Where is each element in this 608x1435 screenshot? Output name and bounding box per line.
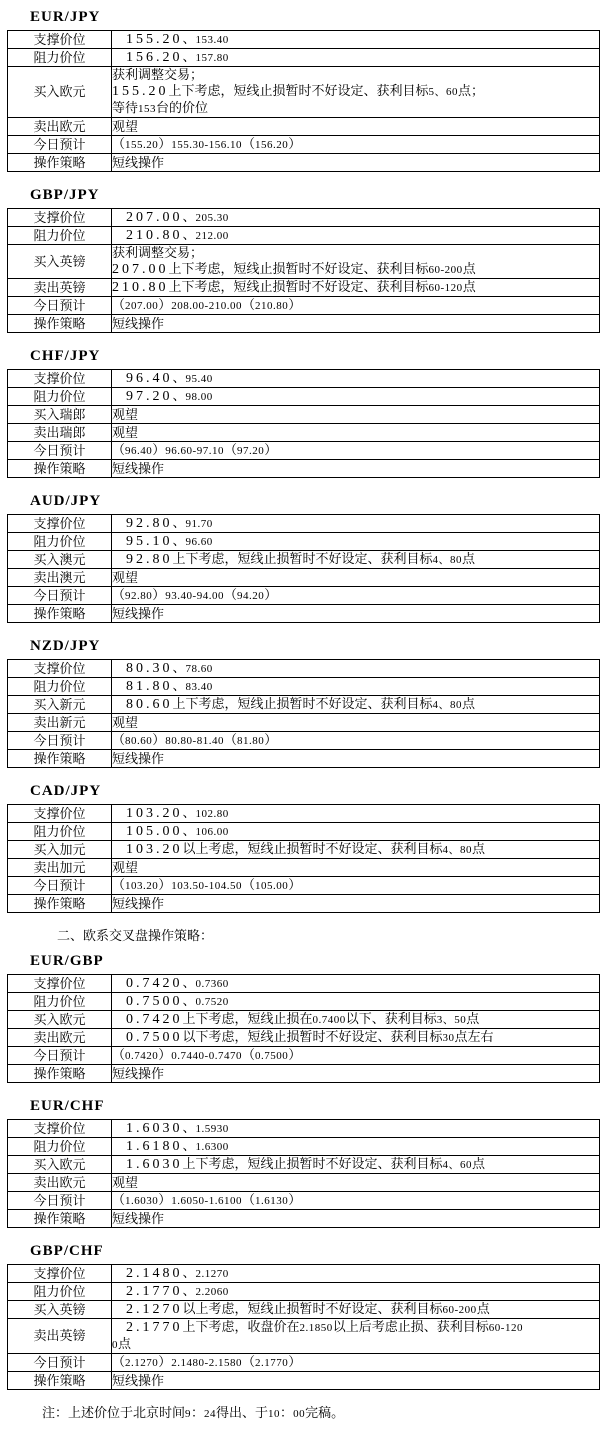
row-value: 0.7500、0.7520 [112, 993, 600, 1011]
small-number: 60-120 [429, 282, 463, 294]
table-row: 卖出加元观望 [8, 859, 600, 877]
value-line: 短线操作 [112, 1373, 599, 1389]
text-run: 台的价位 [156, 100, 208, 115]
table-row: 卖出欧元观望 [8, 118, 600, 136]
small-number: 30 [443, 1032, 455, 1044]
row-label: 买入欧元 [8, 1156, 112, 1174]
row-value: 观望 [112, 406, 600, 424]
row-label: 操作策略 [8, 750, 112, 768]
value-line: 观望 [112, 570, 599, 586]
value-line: 短线操作 [112, 896, 599, 912]
row-label: 买入澳元 [8, 551, 112, 569]
small-number: 96.60-97.10 [165, 445, 224, 457]
table-row: 买入欧元0.7420上下考虑，短线止损在0.7400以下、获利目标3、50点 [8, 1011, 600, 1029]
large-number: 95.10 [126, 534, 173, 549]
row-value: 210.80上下考虑，短线止损暂时不好设定、获利目标60-120点 [112, 279, 600, 297]
small-number: 208.00-210.00 [171, 300, 242, 312]
value-line: 获利调整交易； [112, 245, 599, 261]
row-value: 观望 [112, 424, 600, 442]
text-run: （ [112, 732, 125, 747]
text-run: 短线操作 [112, 1066, 164, 1081]
small-number: 0.7360 [196, 978, 229, 990]
small-number: 00 [293, 1408, 305, 1420]
table-row: 今日预计（2.1270）2.1480-2.1580（2.1770） [8, 1354, 600, 1372]
value-line: 210.80、212.00 [112, 227, 599, 244]
small-number: 105.00 [255, 880, 288, 892]
row-label: 操作策略 [8, 154, 112, 172]
row-value: （2.1270）2.1480-2.1580（2.1770） [112, 1354, 600, 1372]
value-line: 1.6180、1.6300 [112, 1138, 599, 1155]
text-run: 点 [463, 279, 476, 294]
row-label: 今日预计 [8, 1047, 112, 1065]
text-run: 获利调整交易； [112, 67, 203, 82]
text-run: 点； [458, 83, 484, 98]
rate-table-cad-jpy: 支撑价位103.20、102.80阻力价位105.00、106.00买入加元10… [7, 804, 600, 913]
small-number: 81.80 [237, 735, 264, 747]
value-line: 80.60上下考虑，短线止损暂时不好设定、获利目标4、80点 [112, 696, 599, 713]
row-label: 卖出加元 [8, 859, 112, 877]
small-number: 1.6050-1.6100 [171, 1195, 242, 1207]
table-row: 今日预计（103.20）103.50-104.50（105.00） [8, 877, 600, 895]
value-line: 0.7500以下考虑，短线止损暂时不好设定、获利目标30点左右 [112, 1029, 599, 1046]
text-run: （ [242, 297, 255, 312]
rate-table-nzd-jpy: 支撑价位80.30、78.60阻力价位81.80、83.40买入新元80.60上… [7, 659, 600, 768]
row-value: 2.1480、2.1270 [112, 1265, 600, 1283]
value-line: 2.1770、2.2060 [112, 1283, 599, 1300]
small-number: 103.20 [125, 880, 158, 892]
large-number: 103.20 [126, 842, 183, 857]
table-row: 今日预计（207.00）208.00-210.00（210.80） [8, 297, 600, 315]
text-run: 、 [183, 49, 196, 64]
value-line: 1.6030、1.5930 [112, 1120, 599, 1137]
table-row: 支撑价位92.80、91.70 [8, 515, 600, 533]
table-row: 卖出澳元观望 [8, 569, 600, 587]
text-run: 、 [183, 1265, 196, 1280]
table-row: 支撑价位155.20、153.40 [8, 31, 600, 49]
value-line: 81.80、83.40 [112, 678, 599, 695]
text-run: 、 [183, 1120, 196, 1135]
small-number: 60-120 [489, 1322, 523, 1334]
row-value: （80.60）80.80-81.40（81.80） [112, 732, 600, 750]
pair-block-eur-gbp: EUR/GBP支撑价位0.7420、0.7360阻力价位0.7500、0.752… [0, 954, 608, 1083]
text-run: 点 [466, 1011, 479, 1026]
row-value: 短线操作 [112, 315, 600, 333]
row-value: （207.00）208.00-210.00（210.80） [112, 297, 600, 315]
text-run: ： [191, 1405, 204, 1420]
rate-table-eur-jpy: 支撑价位155.20、153.40阻力价位156.20、157.80买入欧元获利… [7, 30, 600, 172]
row-label: 阻力价位 [8, 1138, 112, 1156]
text-run: 观望 [112, 1175, 138, 1190]
row-label: 卖出欧元 [8, 1174, 112, 1192]
value-line: 观望 [112, 860, 599, 876]
text-run: 观望 [112, 715, 138, 730]
text-run: ） [158, 1047, 171, 1062]
jpy-pairs-section: EUR/JPY支撑价位155.20、153.40阻力价位156.20、157.8… [0, 10, 608, 913]
row-value: 短线操作 [112, 1210, 600, 1228]
row-label: 阻力价位 [8, 678, 112, 696]
text-run: 、 [183, 975, 196, 990]
table-row: 卖出欧元观望 [8, 1174, 600, 1192]
table-row: 阻力价位81.80、83.40 [8, 678, 600, 696]
table-row: 阻力价位105.00、106.00 [8, 823, 600, 841]
text-run: ： [280, 1405, 293, 1420]
table-row: 支撑价位103.20、102.80 [8, 805, 600, 823]
row-value: 1.6180、1.6300 [112, 1138, 600, 1156]
row-label: 阻力价位 [8, 49, 112, 67]
table-row: 支撑价位80.30、78.60 [8, 660, 600, 678]
value-line: （80.60）80.80-81.40（81.80） [112, 732, 599, 749]
small-number: 93.40-94.00 [165, 590, 224, 602]
small-number: 92.80 [125, 590, 152, 602]
text-run: 、 [173, 533, 186, 548]
value-line: 2.1770上下考虑，收盘价在2.1850以上后考虑止损、获利目标60-120 [112, 1319, 599, 1336]
row-value: 210.80、212.00 [112, 227, 600, 245]
text-run: （ [112, 1192, 125, 1207]
text-run: 观望 [112, 425, 138, 440]
small-number: 1.5930 [196, 1123, 229, 1135]
pair-block-eur-jpy: EUR/JPY支撑价位155.20、153.40阻力价位156.20、157.8… [0, 10, 608, 172]
row-value: 92.80、91.70 [112, 515, 600, 533]
row-label: 今日预计 [8, 297, 112, 315]
small-number: 4、80 [433, 699, 463, 711]
footnote: 注：上述价位于北京时间9：24得出、于10：00完稿。 [42, 1404, 608, 1423]
table-row: 买入英镑2.1270以上考虑，短线止损暂时不好设定、获利目标60-200点 [8, 1301, 600, 1319]
text-run: ） [158, 877, 171, 892]
small-number: 207.00 [125, 300, 158, 312]
value-line: 96.40、95.40 [112, 370, 599, 387]
text-run: 、 [183, 209, 196, 224]
text-run: 短线操作 [112, 316, 164, 331]
text-run: （ [224, 587, 237, 602]
pair-block-cad-jpy: CAD/JPY支撑价位103.20、102.80阻力价位105.00、106.0… [0, 784, 608, 913]
small-number: 0.7500 [255, 1050, 288, 1062]
row-label: 操作策略 [8, 1372, 112, 1390]
large-number: 2.1270 [126, 1302, 183, 1317]
text-run: 短线操作 [112, 1373, 164, 1388]
pair-block-gbp-chf: GBP/CHF支撑价位2.1480、2.1270阻力价位2.1770、2.206… [0, 1244, 608, 1390]
pair-title: CHF/JPY [30, 349, 608, 364]
small-number: 78.60 [186, 663, 213, 675]
table-row: 今日预计（80.60）80.80-81.40（81.80） [8, 732, 600, 750]
small-number: 24 [204, 1408, 216, 1420]
large-number: 105.00 [126, 824, 183, 839]
row-value: 短线操作 [112, 1372, 600, 1390]
value-line: 103.20、102.80 [112, 805, 599, 822]
table-row: 买入瑞郎观望 [8, 406, 600, 424]
row-label: 操作策略 [8, 1065, 112, 1083]
row-label: 支撑价位 [8, 515, 112, 533]
text-run: 点 [472, 841, 485, 856]
small-number: 153.40 [196, 34, 229, 46]
row-label: 阻力价位 [8, 1283, 112, 1301]
text-run: 上下考虑，短线止损在 [183, 1011, 313, 1026]
small-number: 212.00 [196, 230, 229, 242]
section-header: 二、欧系交叉盘操作策略： [57, 925, 608, 944]
pair-title: EUR/JPY [30, 10, 608, 25]
row-label: 支撑价位 [8, 805, 112, 823]
row-label: 阻力价位 [8, 227, 112, 245]
value-line: （2.1270）2.1480-2.1580（2.1770） [112, 1354, 599, 1371]
row-label: 今日预计 [8, 442, 112, 460]
small-number: 205.30 [196, 212, 229, 224]
pair-title: AUD/JPY [30, 494, 608, 509]
text-run: （ [112, 442, 125, 457]
row-value: （155.20）155.30-156.10（156.20） [112, 136, 600, 154]
text-run: 得出、于 [216, 1405, 268, 1420]
text-run: 、 [173, 515, 186, 530]
text-run: （ [112, 1047, 125, 1062]
small-number: 60-200 [429, 264, 463, 276]
small-number: 3、50 [437, 1014, 467, 1026]
row-label: 操作策略 [8, 1210, 112, 1228]
text-run: 等待 [112, 100, 138, 115]
large-number: 2.1770 [126, 1320, 183, 1335]
row-value: 获利调整交易；155.20上下考虑，短线止损暂时不好设定、获利目标5、60点；等… [112, 67, 600, 118]
pair-title: EUR/CHF [30, 1099, 608, 1114]
text-run: 以上考虑，短线止损暂时不好设定、获利目标 [183, 1301, 443, 1316]
row-label: 今日预计 [8, 732, 112, 750]
table-row: 卖出英镑210.80上下考虑，短线止损暂时不好设定、获利目标60-120点 [8, 279, 600, 297]
text-run: ） [152, 442, 165, 457]
value-line: 0.7420上下考虑，短线止损在0.7400以下、获利目标3、50点 [112, 1011, 599, 1028]
text-run: 上下考虑，短线止损暂时不好设定、获利目标 [169, 261, 429, 276]
small-number: 10 [268, 1408, 280, 1420]
small-number: 155.20 [125, 139, 158, 151]
text-run: 、 [183, 805, 196, 820]
row-label: 买入欧元 [8, 1011, 112, 1029]
row-value: 97.20、98.00 [112, 388, 600, 406]
text-run: 、 [183, 993, 196, 1008]
value-line: 92.80、91.70 [112, 515, 599, 532]
large-number: 1.6180 [126, 1139, 183, 1154]
row-label: 卖出欧元 [8, 118, 112, 136]
text-run: 短线操作 [112, 896, 164, 911]
table-row: 买入加元103.20以上考虑，短线止损暂时不好设定、获利目标4、80点 [8, 841, 600, 859]
value-line: 短线操作 [112, 1066, 599, 1082]
value-line: （1.6030）1.6050-1.6100（1.6130） [112, 1192, 599, 1209]
text-run: 短线操作 [112, 461, 164, 476]
text-run: 以上考虑，短线止损暂时不好设定、获利目标 [183, 841, 443, 856]
small-number: 155.30-156.10 [171, 139, 242, 151]
large-number: 0.7500 [126, 994, 183, 1009]
small-number: 153 [138, 103, 156, 115]
pair-title: EUR/GBP [30, 954, 608, 969]
value-line: 80.30、78.60 [112, 660, 599, 677]
text-run: ） [158, 136, 171, 151]
small-number: 0.7440-0.7470 [171, 1050, 242, 1062]
text-run: 观望 [112, 860, 138, 875]
table-row: 支撑价位207.00、205.30 [8, 209, 600, 227]
row-label: 阻力价位 [8, 823, 112, 841]
row-value: 103.20、102.80 [112, 805, 600, 823]
value-line: 155.20上下考虑，短线止损暂时不好设定、获利目标5、60点； [112, 83, 599, 100]
row-value: 2.1270以上考虑，短线止损暂时不好设定、获利目标60-200点 [112, 1301, 600, 1319]
pair-block-gbp-jpy: GBP/JPY支撑价位207.00、205.30阻力价位210.80、212.0… [0, 188, 608, 333]
row-label: 卖出澳元 [8, 569, 112, 587]
row-value: 短线操作 [112, 154, 600, 172]
text-run: 上下考虑，短线止损暂时不好设定、获利目标 [169, 279, 429, 294]
row-value: 1.6030、1.5930 [112, 1120, 600, 1138]
text-run: 以下考虑，短线止损暂时不好设定、获利目标 [183, 1029, 443, 1044]
table-row: 阻力价位1.6180、1.6300 [8, 1138, 600, 1156]
row-label: 阻力价位 [8, 993, 112, 1011]
text-run: 观望 [112, 119, 138, 134]
text-run: 、 [173, 388, 186, 403]
row-label: 支撑价位 [8, 660, 112, 678]
table-row: 操作策略短线操作 [8, 1210, 600, 1228]
row-label: 卖出英镑 [8, 1319, 112, 1354]
table-row: 买入澳元92.80上下考虑，短线止损暂时不好设定、获利目标4、80点 [8, 551, 600, 569]
value-line: （103.20）103.50-104.50（105.00） [112, 877, 599, 894]
large-number: 210.80 [126, 228, 183, 243]
value-line: 短线操作 [112, 155, 599, 171]
document: EUR/JPY支撑价位155.20、153.40阻力价位156.20、157.8… [0, 10, 608, 1423]
small-number: 4、60 [443, 1159, 473, 1171]
table-row: 操作策略短线操作 [8, 460, 600, 478]
small-number: 1.6300 [196, 1141, 229, 1153]
value-line: 2.1270以上考虑，短线止损暂时不好设定、获利目标60-200点 [112, 1301, 599, 1318]
table-row: 阻力价位2.1770、2.2060 [8, 1283, 600, 1301]
value-line: 103.20以上考虑，短线止损暂时不好设定、获利目标4、80点 [112, 841, 599, 858]
small-number: 157.80 [196, 52, 229, 64]
row-value: 获利调整交易；207.00上下考虑，短线止损暂时不好设定、获利目标60-200点 [112, 245, 600, 279]
row-value: 观望 [112, 859, 600, 877]
text-run: ） [264, 732, 277, 747]
row-label: 买入瑞郎 [8, 406, 112, 424]
text-run: ） [264, 587, 277, 602]
text-run: ） [288, 1047, 301, 1062]
small-number: 0.7400 [313, 1014, 346, 1026]
value-line: 观望 [112, 425, 599, 441]
value-line: 0.7500、0.7520 [112, 993, 599, 1010]
value-line: 2.1480、2.1270 [112, 1265, 599, 1282]
small-number: 80.60 [125, 735, 152, 747]
table-row: 操作策略短线操作 [8, 895, 600, 913]
value-line: 观望 [112, 407, 599, 423]
small-number: 1.6130 [255, 1195, 288, 1207]
large-number: 103.20 [126, 806, 183, 821]
large-number: 207.00 [112, 262, 169, 277]
small-number: 97.20 [237, 445, 264, 457]
row-value: 80.60上下考虑，短线止损暂时不好设定、获利目标4、80点 [112, 696, 600, 714]
text-run: 以上后考虑止损、获利目标 [333, 1319, 489, 1334]
text-run: 、 [183, 1138, 196, 1153]
row-value: 观望 [112, 118, 600, 136]
table-row: 操作策略短线操作 [8, 315, 600, 333]
row-value: 1.6030上下考虑，短线止损暂时不好设定、获利目标4、60点 [112, 1156, 600, 1174]
row-value: 95.10、96.60 [112, 533, 600, 551]
row-label: 买入英镑 [8, 1301, 112, 1319]
small-number: 2.1850 [300, 1322, 333, 1334]
small-number: 0.7420 [125, 1050, 158, 1062]
text-run: （ [224, 442, 237, 457]
rate-table-chf-jpy: 支撑价位96.40、95.40阻力价位97.20、98.00买入瑞郎观望卖出瑞郎… [7, 369, 600, 478]
table-row: 卖出英镑2.1770上下考虑，收盘价在2.1850以上后考虑止损、获利目标60-… [8, 1319, 600, 1354]
value-line: 0.7420、0.7360 [112, 975, 599, 992]
table-row: 今日预计（96.40）96.60-97.10（97.20） [8, 442, 600, 460]
small-number: 2.1770 [255, 1357, 288, 1369]
text-run: 上下考虑，收盘价在 [183, 1319, 300, 1334]
large-number: 81.80 [126, 679, 173, 694]
value-line: 95.10、96.60 [112, 533, 599, 550]
table-row: 买入新元80.60上下考虑，短线止损暂时不好设定、获利目标4、80点 [8, 696, 600, 714]
row-value: 0.7500以下考虑，短线止损暂时不好设定、获利目标30点左右 [112, 1029, 600, 1047]
text-run: （ [224, 732, 237, 747]
row-label: 操作策略 [8, 315, 112, 333]
table-row: 支撑价位1.6030、1.5930 [8, 1120, 600, 1138]
large-number: 156.20 [126, 50, 183, 65]
large-number: 155.20 [126, 32, 183, 47]
small-number: 80.80-81.40 [165, 735, 224, 747]
table-row: 阻力价位0.7500、0.7520 [8, 993, 600, 1011]
row-value: 观望 [112, 714, 600, 732]
large-number: 0.7500 [126, 1030, 183, 1045]
table-row: 卖出欧元0.7500以下考虑，短线止损暂时不好设定、获利目标30点左右 [8, 1029, 600, 1047]
pair-title: CAD/JPY [30, 784, 608, 799]
text-run: 、 [173, 660, 186, 675]
value-line: （92.80）93.40-94.00（94.20） [112, 587, 599, 604]
text-run: 注：上述价位于北京时间 [42, 1405, 185, 1420]
table-row: 卖出新元观望 [8, 714, 600, 732]
value-line: 短线操作 [112, 1211, 599, 1227]
row-label: 支撑价位 [8, 975, 112, 993]
large-number: 0.7420 [126, 976, 183, 991]
row-label: 卖出瑞郎 [8, 424, 112, 442]
row-value: 短线操作 [112, 605, 600, 623]
rate-table-eur-gbp: 支撑价位0.7420、0.7360阻力价位0.7500、0.7520买入欧元0.… [7, 974, 600, 1083]
table-row: 操作策略短线操作 [8, 1065, 600, 1083]
text-run: （ [242, 877, 255, 892]
table-row: 操作策略短线操作 [8, 605, 600, 623]
text-run: ） [158, 1354, 171, 1369]
small-number: 1.6030 [125, 1195, 158, 1207]
text-run: 短线操作 [112, 606, 164, 621]
value-line: 156.20、157.80 [112, 49, 599, 66]
table-row: 买入英镑获利调整交易；207.00上下考虑，短线止损暂时不好设定、获利目标60-… [8, 245, 600, 279]
small-number: 5、60 [429, 86, 459, 98]
row-value: 短线操作 [112, 895, 600, 913]
row-label: 阻力价位 [8, 388, 112, 406]
row-value: 80.30、78.60 [112, 660, 600, 678]
value-line: 155.20、153.40 [112, 31, 599, 48]
row-value: 2.1770上下考虑，收盘价在2.1850以上后考虑止损、获利目标60-1200… [112, 1319, 600, 1354]
value-line: 观望 [112, 715, 599, 731]
row-value: 0.7420、0.7360 [112, 975, 600, 993]
small-number: 0.7520 [196, 996, 229, 1008]
small-number: 103.50-104.50 [171, 880, 242, 892]
table-row: 阻力价位156.20、157.80 [8, 49, 600, 67]
table-row: 操作策略短线操作 [8, 154, 600, 172]
value-line: 获利调整交易； [112, 67, 599, 83]
value-line: （0.7420）0.7440-0.7470（0.7500） [112, 1047, 599, 1064]
text-run: 上下考虑，短线止损暂时不好设定、获利目标 [183, 1156, 443, 1171]
value-line: （207.00）208.00-210.00（210.80） [112, 297, 599, 314]
small-number: 95.40 [186, 373, 213, 385]
text-run: 、 [183, 823, 196, 838]
table-row: 支撑价位0.7420、0.7360 [8, 975, 600, 993]
large-number: 207.00 [126, 210, 183, 225]
small-number: 94.20 [237, 590, 264, 602]
pair-title: GBP/CHF [30, 1244, 608, 1259]
value-line: 207.00上下考虑，短线止损暂时不好设定、获利目标60-200点 [112, 261, 599, 278]
text-run: 、 [173, 678, 186, 693]
text-run: 短线操作 [112, 751, 164, 766]
small-number: 83.40 [186, 681, 213, 693]
text-run: （ [112, 877, 125, 892]
table-row: 今日预计（1.6030）1.6050-1.6100（1.6130） [8, 1192, 600, 1210]
pair-block-chf-jpy: CHF/JPY支撑价位96.40、95.40阻力价位97.20、98.00买入瑞… [0, 349, 608, 478]
table-row: 卖出瑞郎观望 [8, 424, 600, 442]
